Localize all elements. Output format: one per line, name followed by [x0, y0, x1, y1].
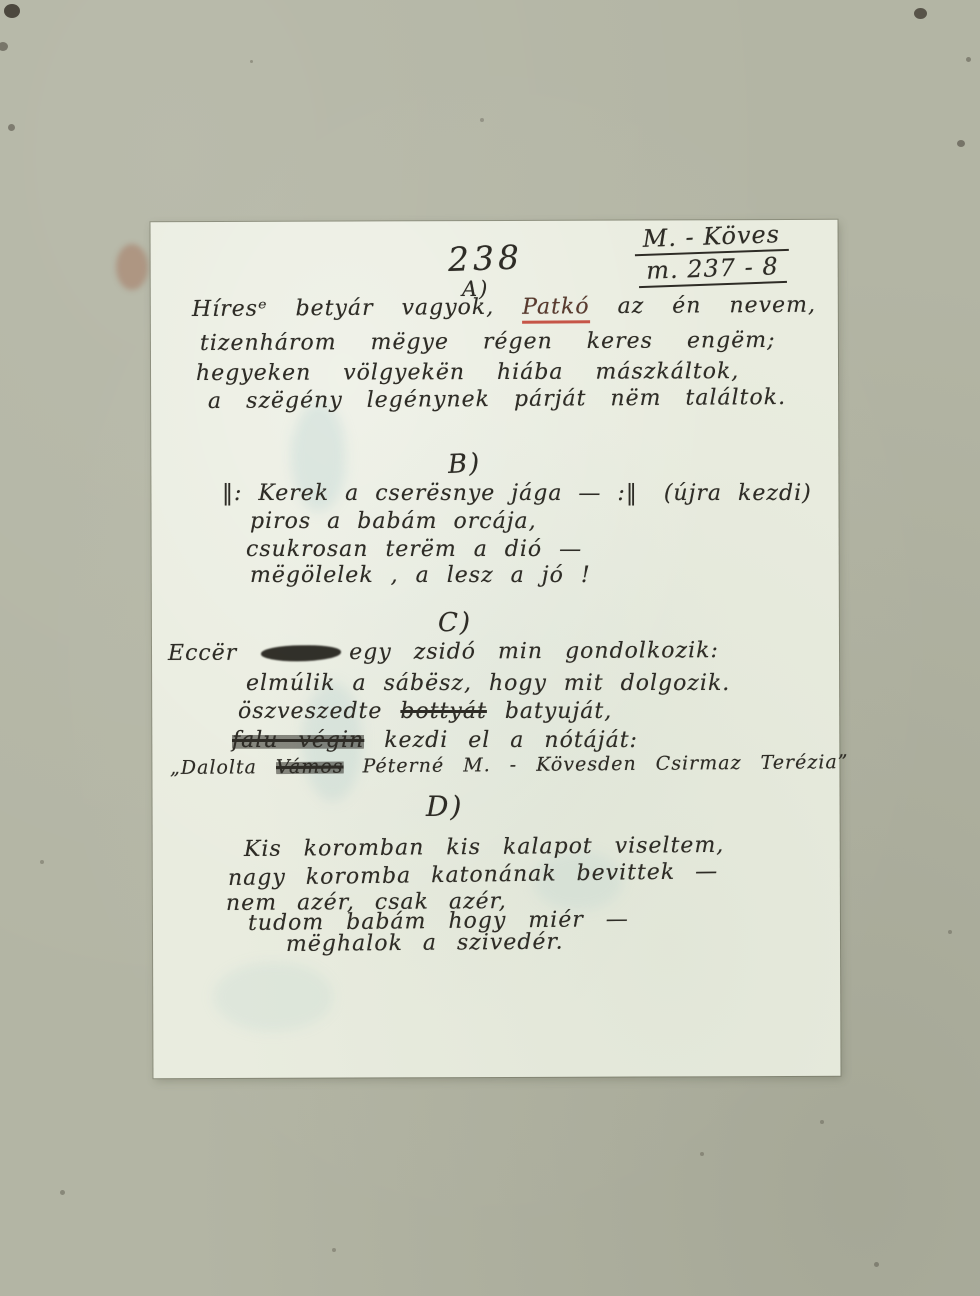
lyric-text: ‖: Kerek a cserësnye jága — :‖	[222, 481, 638, 506]
lyric-text: kezdi el a nótáját:	[364, 728, 638, 753]
singer-name: Csirmaz Terézia”	[656, 751, 849, 775]
speck	[957, 140, 965, 147]
speck	[0, 42, 8, 51]
lyric-line-c2: elmúlik a sábësz, hogy mit dolgozik.	[246, 671, 730, 696]
lyric-text: öszveszedte	[238, 699, 400, 724]
lyric-text: batyuját,	[487, 699, 612, 724]
speck	[332, 1248, 336, 1252]
ink-blot	[261, 645, 341, 661]
lyric-line-c4: falu végin kezdi el a nótáját:	[232, 728, 638, 753]
lyric-line-c1: Eccër egy zsidó min gondolkozik:	[168, 638, 719, 666]
highlighted-name: Patkó	[522, 294, 590, 323]
speck	[40, 860, 44, 864]
lyric-line-d5: mëghalok a szivedér.	[286, 930, 564, 957]
speck	[948, 930, 952, 934]
speck	[700, 1152, 704, 1156]
lyric-text: az én nevem,	[589, 293, 816, 320]
lyric-text: egy zsidó min gondolkozik:	[349, 638, 719, 665]
struck-words: falu végin	[232, 728, 364, 753]
section-label-d: D)	[426, 790, 463, 823]
speck	[60, 1190, 65, 1195]
struck-word: Vámos	[276, 755, 344, 778]
page-number: 238	[447, 237, 523, 279]
lyric-line-c3: öszveszedte bottyát batyuját,	[238, 699, 612, 724]
note-text: Péterné M. - Kövesden	[343, 753, 655, 778]
lyric-line-a4: a szëgény legénynek párját nëm találtok.	[208, 385, 786, 414]
lyric-line-b2: piros a babám orcája,	[250, 509, 537, 534]
lyric-line-b3: csukrosan terëm a dió —	[246, 537, 582, 562]
speck	[874, 1262, 879, 1267]
archive-ref-line2: m. 237 - 8	[638, 252, 787, 288]
lyric-line-b1: ‖: Kerek a cserësnye jága — :‖(újra kezd…	[222, 481, 812, 506]
section-label-b: B)	[447, 448, 482, 480]
speck	[4, 4, 20, 18]
lyric-line-a2: tizenhárom mëgye régen keres engëm;	[200, 328, 776, 356]
scanned-manuscript-page: M. - Köves m. 237 - 8 238 A) Híresᵉ bety…	[0, 0, 980, 1296]
speck	[8, 124, 15, 131]
lyric-line-a1: Híresᵉ betyár vagyok, Patkó az én nevem,	[192, 293, 816, 322]
lyric-line-b4: mëgölelek , a lesz a jó !	[250, 563, 591, 588]
archive-reference: M. - Köves m. 237 - 8	[611, 219, 813, 289]
speck	[914, 8, 927, 19]
note-text: „Dalolta	[170, 756, 276, 779]
lyric-line-a3: hegyeken völgyekën hiába mászkáltok,	[196, 359, 739, 386]
rust-smudge	[116, 244, 148, 290]
performance-note: (újra kezdi)	[664, 481, 812, 506]
lyric-line-d1: Kis koromban kis kalapot viseltem,	[244, 833, 724, 862]
speck	[820, 1120, 824, 1124]
speck	[966, 57, 971, 62]
struck-word: bottyát	[400, 699, 486, 724]
blue-stain	[213, 962, 333, 1032]
speck	[250, 60, 253, 63]
lyric-text: Híresᵉ betyár vagyok,	[192, 295, 522, 322]
lyric-text: Eccër	[168, 641, 259, 666]
speck	[480, 118, 484, 122]
section-label-c: C)	[438, 608, 472, 638]
